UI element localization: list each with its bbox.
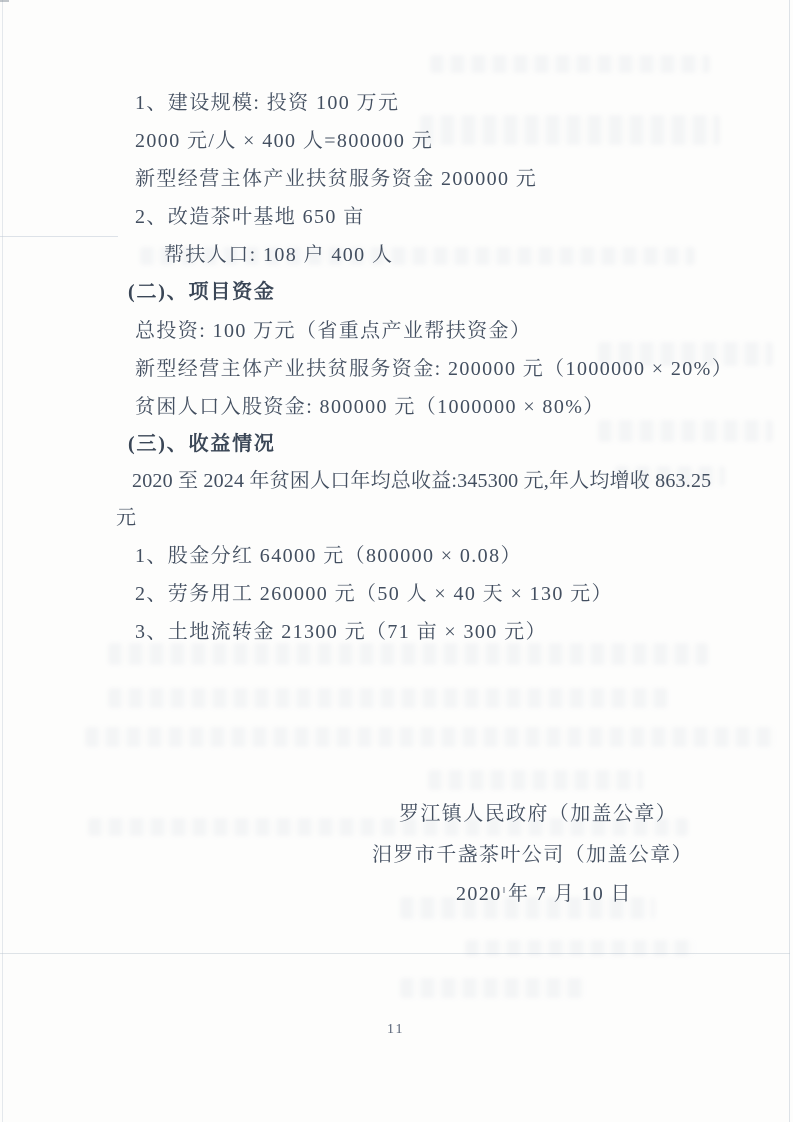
- line-labor-wages: 2、劳务用工 260000 元（50 人 × 40 天 × 130 元）: [135, 577, 613, 606]
- line-poor-equity-fund: 贫困人口入股资金: 800000 元（1000000 × 80%）: [135, 390, 605, 419]
- bleedthrough-smudge: [420, 115, 720, 145]
- bleedthrough-smudge: [85, 727, 775, 747]
- heading-income-situation: (三)、收益情况: [128, 427, 276, 456]
- bleedthrough-smudge: [465, 940, 695, 956]
- line-income-summary-cont: 元: [116, 501, 137, 530]
- signature-company: 汨罗市千盏茶叶公司（加盖公章）: [372, 838, 693, 867]
- bleedthrough-smudge: [598, 420, 773, 442]
- line-total-investment: 总投资: 100 万元（省重点产业帮扶资金）: [135, 314, 531, 343]
- bleedthrough-smudge: [428, 770, 643, 790]
- signature-government: 罗江镇人民政府（加盖公章）: [399, 797, 677, 826]
- line-construction-scale: 1、建设规模: 投资 100 万元: [135, 86, 399, 115]
- scanned-document-page: 1、建设规模: 投资 100 万元 2000 元/人 × 400 人=80000…: [0, 0, 793, 1122]
- bleedthrough-smudge: [108, 643, 708, 665]
- line-per-capita-calc: 2000 元/人 × 400 人=800000 元: [135, 124, 433, 153]
- line-helped-population: 帮扶人口: 108 户 400 人: [164, 238, 393, 267]
- bleedthrough-smudge: [400, 978, 585, 998]
- line-land-transfer: 3、土地流转金 21300 元（71 亩 × 300 元）: [135, 615, 547, 644]
- bleedthrough-smudge: [108, 688, 668, 708]
- line-service-fund-detail: 新型经营主体产业扶贫服务资金: 200000 元（1000000 × 20%）: [135, 352, 733, 381]
- fold-line-left: [0, 236, 118, 237]
- line-tea-base: 2、改造茶叶基地 650 亩: [135, 200, 365, 229]
- scan-corner-mark: [0, 0, 9, 2]
- signature-date: 2020 年 7 月 10 日: [456, 877, 632, 906]
- line-service-fund: 新型经营主体产业扶贫服务资金 200000 元: [135, 162, 537, 191]
- line-income-summary: 2020 至 2024 年贫困人口年均总收益:345300 元,年人均增收 86…: [132, 464, 711, 493]
- line-dividend: 1、股金分红 64000 元（800000 × 0.08）: [135, 539, 522, 568]
- bleedthrough-smudge: [430, 55, 710, 73]
- page-number: 11: [387, 1022, 404, 1038]
- heading-project-fund: (二)、项目资金: [128, 275, 276, 304]
